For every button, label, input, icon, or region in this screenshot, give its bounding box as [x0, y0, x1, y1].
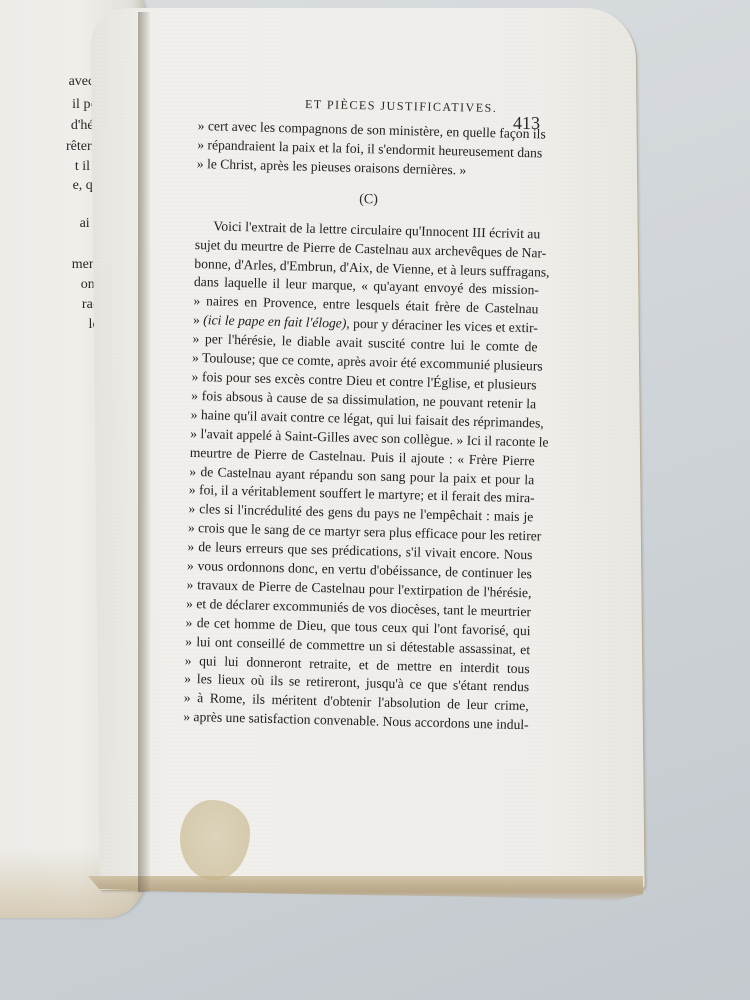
page-deckle-edge — [88, 876, 643, 902]
book-gutter-shadow — [138, 12, 150, 892]
page-text-block: » cert avec les compagnons de son minist… — [183, 117, 543, 735]
photo-scene: avec per- il pourra d'hérésie rêtera pas… — [0, 0, 750, 1000]
italic-aside: (ici le pape en fait l'éloge) — [203, 312, 346, 330]
